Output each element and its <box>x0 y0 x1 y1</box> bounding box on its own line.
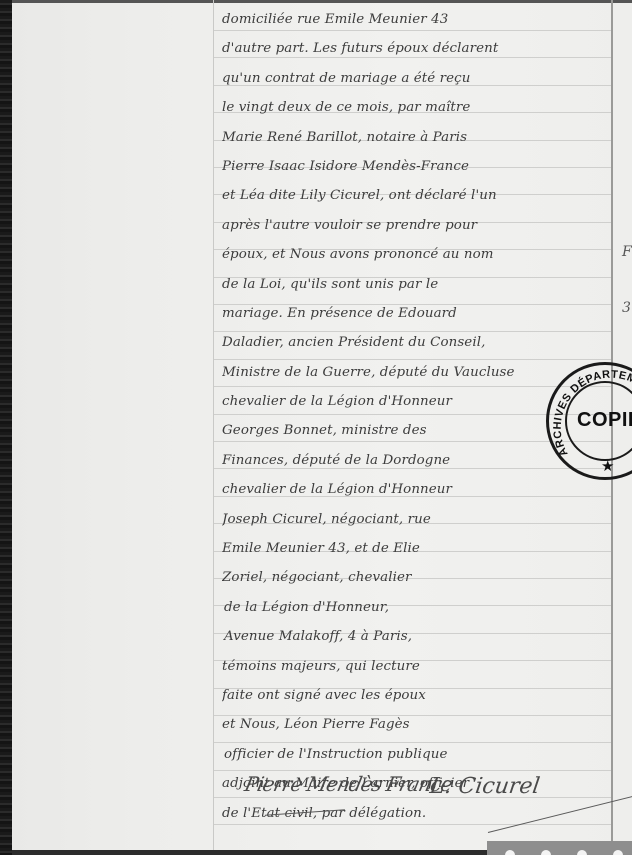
signature-bride: L. Cicurel <box>428 774 541 799</box>
star-icon: ★ <box>601 460 614 475</box>
page-top-edge <box>12 0 632 3</box>
text-line: Daladier, ancien Président du Conseil, <box>222 327 608 356</box>
toolbar-button-icon[interactable] <box>505 850 515 855</box>
toolbar-button-icon[interactable] <box>613 850 623 855</box>
signature-underline <box>265 809 345 816</box>
signature-groom: Pierre Mendès France <box>242 772 454 796</box>
text-line: Marie René Barillot, notaire à Paris <box>222 122 608 151</box>
document-viewer: domiciliée rue Emile Meunier 43 d'autre … <box>0 0 632 855</box>
text-line: après l'autre vouloir se prendre pour <box>222 210 608 239</box>
text-line: et Nous, Léon Pierre Fagès <box>222 709 608 738</box>
text-line: mariage. En présence de Edouard <box>222 298 608 327</box>
viewer-toolbar-overlay[interactable] <box>487 841 632 855</box>
text-line: époux, et Nous avons prononcé au nom <box>222 239 608 268</box>
text-line: Zoriel, négociant, chevalier <box>222 562 608 591</box>
archives-copy-stamp: ARCHIVES DÉPARTEMENTALES COPIE ★ <box>546 362 632 480</box>
book-binding <box>0 0 12 855</box>
text-line: témoins majeurs, qui lecture <box>222 651 608 680</box>
text-line: faite ont signé avec les époux <box>222 680 608 709</box>
text-line: qu'un contrat de mariage a été reçu <box>222 63 608 92</box>
text-line: Avenue Malakoff, 4 à Paris, <box>222 621 608 650</box>
adjacent-page-fragment: F <box>622 244 632 260</box>
text-line: Emile Meunier 43, et de Elie <box>222 533 608 562</box>
stamp-copie-label: COPIE <box>577 409 632 432</box>
text-line: d'autre part. Les futurs époux déclarent <box>222 33 608 62</box>
adjacent-page-fragment: 3 <box>622 300 631 316</box>
text-line: le vingt deux de ce mois, par maître <box>222 92 608 121</box>
text-line: Joseph Cicurel, négociant, rue <box>222 504 608 533</box>
text-line: et Léa dite Lily Cicurel, ont déclaré l'… <box>222 180 608 209</box>
text-line: de la Loi, qu'ils sont unis par le <box>222 269 608 298</box>
text-line: Pierre Isaac Isidore Mendès-France <box>222 151 608 180</box>
left-margin-rule <box>213 0 214 855</box>
text-line: de la Légion d'Honneur, <box>222 592 608 621</box>
text-line: domiciliée rue Emile Meunier 43 <box>222 4 608 33</box>
toolbar-button-icon[interactable] <box>541 850 551 855</box>
text-line: officier de l'Instruction publique <box>222 739 608 768</box>
signatures-area: Pierre Mendès France L. Cicurel <box>245 770 605 830</box>
toolbar-button-icon[interactable] <box>577 850 587 855</box>
